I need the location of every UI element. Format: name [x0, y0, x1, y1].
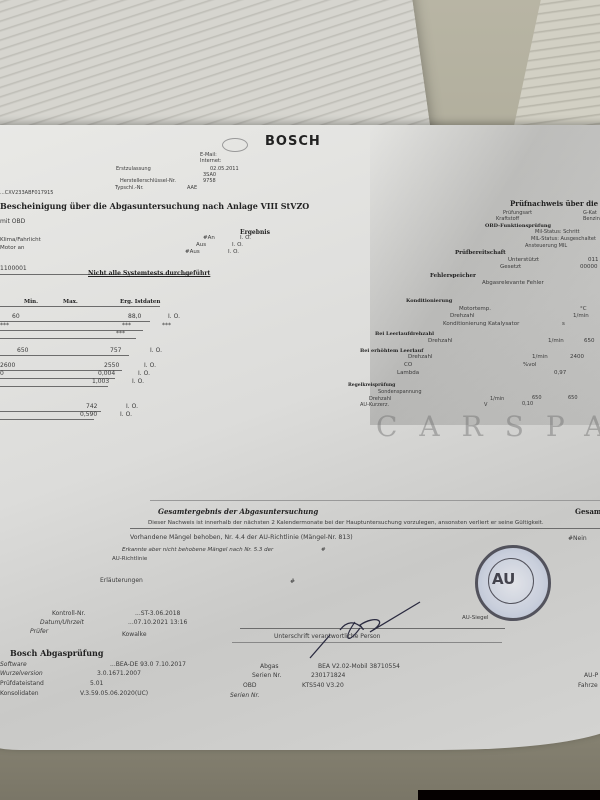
conditioning-unit: 1/min [573, 313, 589, 319]
software-value: V.3.59.05.06.2020(UC) [80, 690, 148, 697]
far-right-label: AU-P [584, 672, 598, 679]
idle-label: Drehzahl [428, 338, 453, 344]
check-result: I. O. [232, 242, 243, 248]
document-title: Bescheinigung über die Abgasuntersuchung… [0, 201, 309, 211]
overall-result-heading: Gesamtergebnis der Abgasuntersuchung [158, 507, 318, 516]
check-result: I. O. [228, 249, 239, 255]
fault-memory-heading: Fehlerspeicher [430, 273, 476, 279]
raised-idle-value: 0,97 [554, 370, 566, 376]
actual-value: 88,0 [128, 313, 141, 320]
idle-value: 650 [584, 338, 595, 344]
conditioning-label: Drehzahl [450, 313, 475, 319]
conditioning-label: Motortemp. [459, 306, 491, 312]
actual-value: 742 [86, 403, 97, 410]
row-result: I. O. [168, 313, 180, 320]
regulation-value: 650 [532, 395, 542, 401]
date-time-label: Datum/Uhrzeit [40, 619, 84, 626]
regulation-label: Sondenspannung [378, 389, 422, 395]
obd-item: Ansteuerung MIL [525, 243, 567, 249]
system-code: 1100001 [0, 265, 27, 272]
actual-value: 2550 [104, 362, 119, 369]
software-value: 5.01 [90, 680, 103, 687]
right-panel-title: Prüfnachweis über die Abgasuntersuchung [510, 199, 600, 208]
col-max: Max. [63, 299, 78, 305]
fault-memory-item: Abgasrelevante Fehler [482, 280, 544, 286]
conditioning-unit: s [562, 321, 565, 327]
idle-heading: Bei Leerlaufdrehzahl [375, 331, 434, 337]
min-value: 650 [17, 347, 28, 354]
conditioning-heading: Konditionierung [406, 298, 452, 304]
raised-idle-label: CO [404, 362, 412, 368]
row-result: I. O. [150, 347, 162, 354]
carspat-watermark: CARSPAT [376, 410, 600, 443]
check-label: Klima/Fahrlicht [0, 237, 41, 243]
min-value: 0 [0, 370, 4, 377]
regulation-unit: V [484, 402, 487, 408]
header-label-first-registration: Erstzulassung [116, 166, 151, 172]
overall-result-right-label: Gesamtergebnis [575, 507, 600, 516]
readiness-label: Unterstützt [508, 257, 539, 263]
idle-unit: 1/min [548, 338, 564, 344]
min-value: 60 [12, 313, 20, 320]
control-number-label: Kontroll-Nr. [52, 610, 85, 617]
readiness-heading: Prüfbereitschaft [455, 250, 506, 256]
check-state: #An [203, 235, 215, 241]
row-result: I. O. [132, 378, 144, 385]
software-label: Wurzelversion [0, 670, 43, 677]
defects-fixed-statement: Vorhandene Mängel behoben, Nr. 4.4 der A… [130, 534, 353, 541]
software-value: 3.0.1671.2007 [97, 670, 141, 677]
software-label: Konsolidaten [0, 690, 39, 697]
validity-note: Dieser Nachweis ist innerhalb der nächst… [148, 520, 544, 526]
software-section-title: Bosch Abgasprüfung [10, 648, 103, 658]
row-result: I. O. [120, 411, 132, 418]
stamp-text: AU [492, 570, 515, 588]
conditioning-unit: °C [580, 306, 587, 312]
regulation-unit: 1/min [490, 396, 504, 402]
readiness-label: Gesetzt [500, 264, 521, 270]
signature-icon [300, 600, 430, 660]
au-sticker-label: AU-Siegel [462, 615, 489, 621]
device-label: Serien Nr. [252, 672, 281, 679]
vin-number: ...CXV233ABF017915 [0, 190, 53, 196]
conditioning-label: Konditionierung Katalysator [443, 321, 519, 327]
au-stamp-icon: AU [475, 545, 551, 621]
regulation-value: 0,10 [522, 401, 533, 407]
actual-value: *** [116, 330, 125, 337]
bosch-logo: BOSCH [265, 134, 321, 149]
actual-value: 0,590 [80, 411, 97, 418]
check-state: Aus [196, 242, 206, 248]
control-number-value: ...ST-3.06.2018 [135, 610, 180, 617]
readiness-value: 00000 [580, 264, 598, 270]
min-value: 2600 [0, 362, 15, 369]
obd-item: Mil-Status: Schritt [535, 229, 580, 235]
explanations-mark: # [290, 578, 295, 585]
device-label: Abgas [260, 663, 279, 670]
header-label-manufacturer-key: Herstellerschlüssel-Nr. [120, 178, 176, 184]
software-value: ...BEA-DE 93.0 7.10.2017 [110, 661, 186, 668]
actual-value: *** [122, 322, 131, 329]
header-label-type-key: Typschl.-Nr. [115, 185, 144, 191]
inspector-label: Prüfer [30, 628, 48, 635]
inspector-name: Kowalke [122, 631, 147, 638]
regulation-heading: Regelkreisprüfung [348, 383, 395, 388]
row-result: I. O. [144, 362, 156, 369]
readiness-value: 011 [588, 257, 599, 263]
image-border [418, 790, 600, 800]
fuel-label: Kraftstoff [496, 216, 519, 222]
actual-value: 757 [110, 347, 121, 354]
device-label: OBD [243, 682, 256, 689]
fuel-value: Benzin [583, 216, 600, 222]
device-value: KTS540 V3.20 [302, 682, 344, 689]
raised-idle-unit: 1/min [532, 354, 548, 360]
obd-item: MIL-Status: Ausgeschaltet [531, 236, 596, 242]
far-right-label: Fahrze [578, 682, 598, 689]
regulation-extra-value: 650 [568, 395, 578, 401]
col-actual: Erg. Istdaten [120, 299, 160, 305]
col-min: Min. [24, 299, 38, 305]
raised-idle-value: 2400 [570, 354, 584, 360]
regulation-label: AU-Kurzerz. [360, 402, 389, 408]
date-time-value: ...07.10.2021 13:16 [128, 619, 187, 626]
raised-idle-label: Drehzahl [408, 354, 433, 360]
device-value: 230171824 [311, 672, 345, 679]
row-result: *** [162, 322, 171, 329]
check-label: Motor an [0, 245, 25, 251]
min-value: *** [0, 322, 9, 329]
obd-section-label: mit OBD [0, 218, 25, 225]
defects-not-fixed-statement: Erkannte aber nicht behobene Mängel nach… [122, 547, 273, 553]
not-all-tests-note: Nicht alle Systemtests durchgeführt [88, 270, 210, 277]
device-value: BEA V2.02-Mobil 38710554 [318, 663, 400, 670]
check-state: #Aus [185, 249, 200, 255]
certification-seal-icon [222, 138, 248, 152]
defects-fixed-value: #Nein [568, 535, 587, 542]
check-result: I. O. [240, 235, 251, 241]
row-result: I. O. [138, 370, 150, 377]
software-label: Software [0, 661, 27, 668]
explanations-label: Erläuterungen [100, 577, 143, 584]
type-key-value: 9758 [203, 178, 216, 184]
header-label-internet: Internet: [200, 158, 222, 164]
actual-value: 0,004 [98, 370, 115, 377]
software-label: Prüfdateistand [0, 680, 44, 687]
type-key-code: AAE [187, 185, 197, 191]
device-label: Serien Nr. [230, 692, 259, 699]
row-result: I. O. [126, 403, 138, 410]
actual-value: 1,003 [92, 378, 109, 385]
raised-idle-label: Lambda [397, 370, 419, 376]
defects-not-fixed-mark: # [321, 547, 326, 553]
au-guideline-label: AU-Richtlinie [112, 556, 147, 562]
raised-idle-unit: %vol [523, 362, 536, 368]
